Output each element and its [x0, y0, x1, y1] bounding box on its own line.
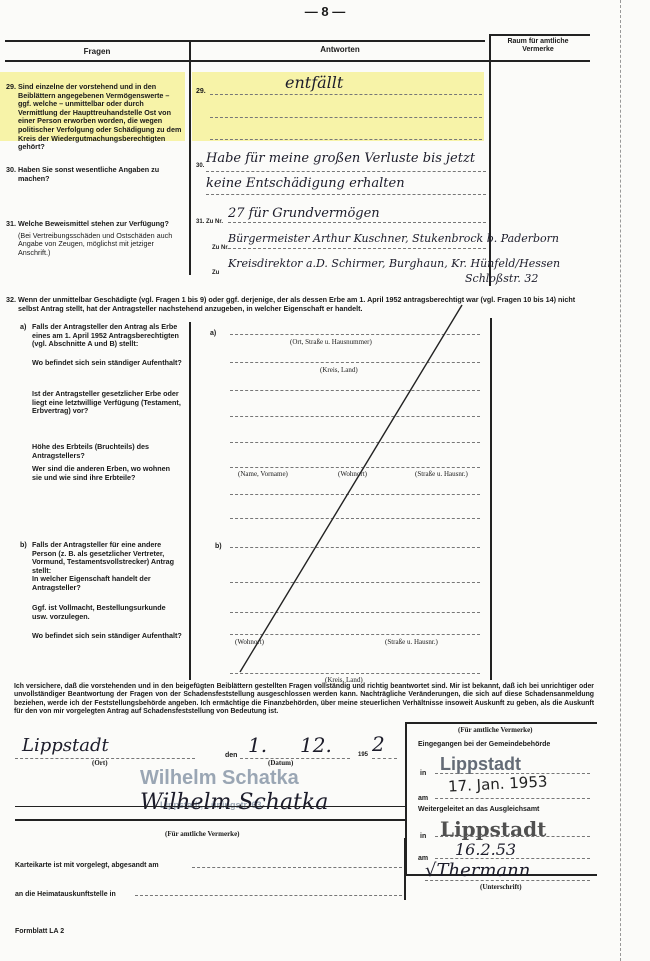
- signature-place[interactable]: Lippstadt: [22, 735, 109, 756]
- received-am-rule: [435, 798, 590, 799]
- applicant-signature[interactable]: Wilhelm Schatka: [140, 790, 328, 815]
- forwarded-in-rule: [435, 836, 590, 837]
- official-signature[interactable]: √Thermann: [425, 860, 530, 881]
- kartei-label: Karteikarte ist mit vorgelegt, abgesandt…: [15, 862, 159, 869]
- year-rule: [372, 758, 397, 759]
- date-day[interactable]: 1.: [248, 733, 267, 757]
- heimat-rule: [135, 895, 402, 896]
- official-box-caption: (Für amtliche Vermerke): [458, 726, 533, 734]
- forwarded-am-rule: [435, 858, 590, 859]
- date-caption: (Datum): [268, 759, 293, 767]
- forwarded-label: Weitergeleitet an das Ausgleichsamt: [418, 806, 539, 813]
- received-am-label: am: [418, 795, 428, 802]
- forwarded-am-value[interactable]: 16.2.53: [455, 840, 516, 859]
- official-caption-left: (Für amtliche Vermerke): [165, 830, 240, 838]
- declaration-text: Ich versichere, daß die vorstehenden und…: [14, 683, 594, 716]
- forwarded-in-value: Lippstadt: [440, 817, 546, 841]
- signature-rule-bold: [15, 819, 405, 821]
- date-year-prefix: 195: [358, 752, 368, 758]
- footer-right-border: [404, 838, 406, 900]
- received-in-label: in: [420, 770, 426, 777]
- date-month[interactable]: 12.: [300, 733, 332, 757]
- official-signature-caption: (Unterschrift): [480, 883, 522, 891]
- place-caption: (Ort): [92, 759, 108, 767]
- official-signature-rule: [425, 880, 590, 881]
- date-rule: [240, 758, 350, 759]
- received-label: Eingegangen bei der Gemeindebehörde: [418, 741, 550, 748]
- signature-rule: [15, 806, 405, 807]
- date-den: den: [225, 752, 237, 759]
- date-year-suffix[interactable]: 2: [372, 732, 385, 756]
- received-in-value: Lippstadt: [440, 754, 521, 775]
- forwarded-in-label: in: [420, 833, 426, 840]
- kartei-rule: [192, 867, 402, 868]
- form-id: Formblatt LA 2: [15, 928, 64, 935]
- heimat-label: an die Heimatauskunftstelle in: [15, 891, 116, 898]
- stamp-name: Wilhelm Schatka: [140, 767, 299, 790]
